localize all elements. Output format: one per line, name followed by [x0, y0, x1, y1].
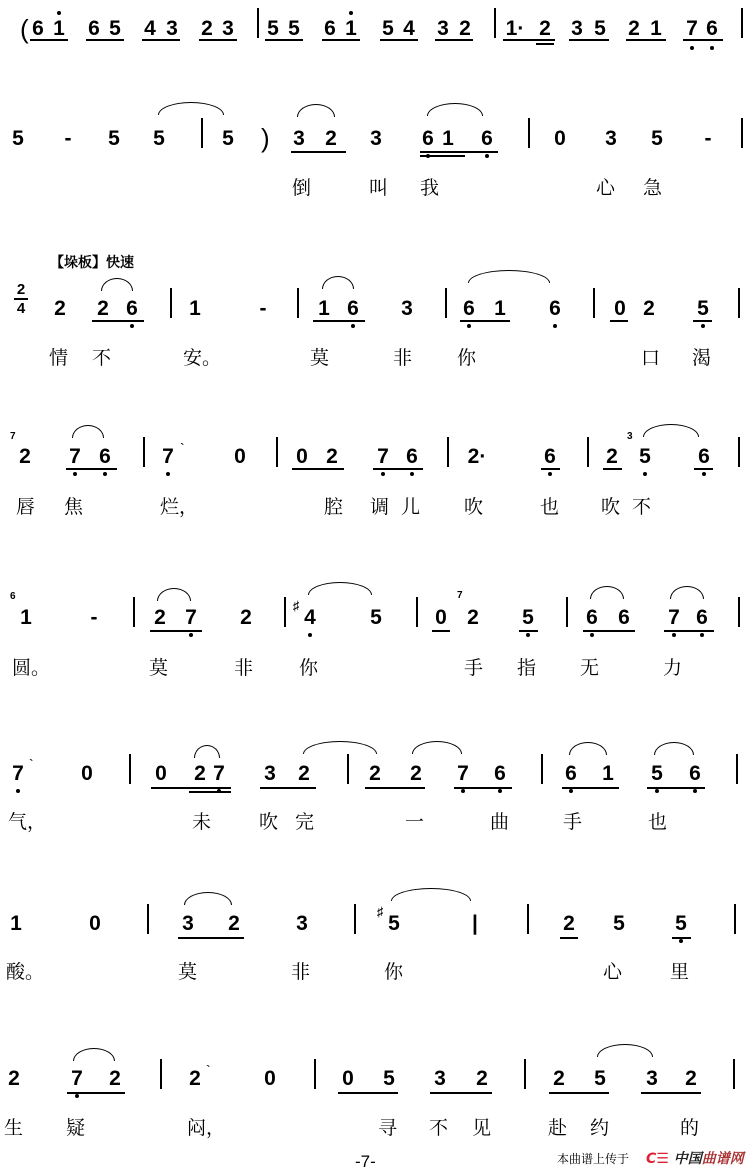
note: 2 [641, 298, 657, 320]
lyric: 腔 [324, 497, 343, 517]
barline [143, 437, 145, 467]
underline [150, 630, 202, 632]
note: 6 [704, 18, 720, 40]
note: 5 [673, 913, 689, 935]
barline [257, 8, 259, 38]
lyric: 莫 [178, 962, 197, 982]
logo-mark-icon: C☰ [646, 1151, 669, 1167]
lyric: 见 [472, 1118, 491, 1138]
note: 3 [294, 913, 310, 935]
underline [430, 1092, 492, 1094]
barline [170, 288, 172, 318]
underline [142, 39, 180, 41]
underline [549, 1092, 609, 1094]
note: 2 [187, 1068, 203, 1090]
lyric: 手 [464, 658, 483, 678]
sharp-sign: ♯ [293, 598, 300, 613]
lyric: 心 [603, 962, 622, 982]
note: 3 [644, 1068, 660, 1090]
note: 2 [474, 1068, 490, 1090]
lyric: 心 [596, 178, 615, 198]
time-sig-bottom: 4 [14, 301, 28, 316]
barline [541, 754, 543, 784]
underline [664, 630, 714, 632]
note: 2 [551, 1068, 567, 1090]
lyric: 吹 [601, 497, 620, 517]
barline [738, 288, 740, 318]
note: 2 [238, 607, 254, 629]
note: 4 [302, 607, 318, 629]
barline [738, 437, 740, 467]
lyric: 曲 [490, 812, 509, 832]
note: 6 [694, 607, 710, 629]
note: 7 [69, 1068, 85, 1090]
barline [201, 118, 203, 148]
note: 6 [584, 607, 600, 629]
note: 3 [164, 18, 180, 40]
lyric: 情 [49, 348, 68, 368]
underline [693, 320, 712, 322]
underline [86, 39, 124, 41]
lyric: 莫 [310, 348, 329, 368]
lyric: 非 [234, 658, 253, 678]
barline [566, 597, 568, 627]
note: 2 [537, 18, 553, 40]
note: 2 [296, 763, 312, 785]
barline [494, 8, 496, 38]
lyric: 儿 [401, 497, 420, 517]
note: 2 [107, 1068, 123, 1090]
note: 1 [492, 298, 508, 320]
underline [313, 320, 365, 322]
underline [260, 787, 316, 789]
underline [365, 787, 425, 789]
barline [416, 597, 418, 627]
lyric: 烂， [160, 497, 198, 517]
lyric: 指 [517, 658, 536, 678]
lyric: 酸。 [6, 962, 44, 982]
note: 3 [603, 128, 619, 150]
underline [562, 787, 619, 789]
breath-mark: ` [180, 440, 185, 456]
note: 2 [626, 18, 642, 40]
barline [445, 288, 447, 318]
underline [460, 320, 510, 322]
note: 5 [368, 607, 384, 629]
note: 5 [637, 446, 653, 468]
note: 5 [520, 607, 536, 629]
underline [583, 630, 635, 632]
dash: - [86, 607, 102, 629]
lyric: 非 [291, 962, 310, 982]
note: 2 [226, 913, 242, 935]
note: 5 [386, 913, 402, 935]
lyric: 莫 [149, 658, 168, 678]
note: 2 [199, 18, 215, 40]
note: 0 [79, 763, 95, 785]
underline [560, 937, 578, 939]
barline [276, 437, 278, 467]
underline [569, 39, 609, 41]
grace-note: 7 [10, 432, 16, 442]
note: 7 [666, 607, 682, 629]
barline [741, 8, 743, 38]
note: 2 [367, 763, 383, 785]
slur [297, 104, 335, 117]
note: 5 [286, 18, 302, 40]
underline [265, 39, 303, 41]
note: 1 [648, 18, 664, 40]
note: 3 [435, 18, 451, 40]
note: 6 [616, 607, 632, 629]
underline [373, 468, 423, 470]
note: 7 [211, 763, 227, 785]
note: 7 [10, 763, 26, 785]
barline [129, 754, 131, 784]
barline [297, 288, 299, 318]
underline [694, 468, 713, 470]
lyric: 气， [8, 812, 46, 832]
note: 2· [465, 446, 489, 468]
barline [160, 1059, 162, 1089]
logo-name-a: 中国 [674, 1151, 702, 1167]
slur [670, 586, 704, 599]
note: 6 [30, 18, 46, 40]
grace-note: 3 [627, 432, 633, 442]
lyric: 唇 [16, 497, 35, 517]
sharp-sign: ♯ [377, 904, 384, 919]
underline [291, 151, 346, 153]
lyric: 赴 [548, 1118, 567, 1138]
underline [683, 39, 723, 41]
lyric: 非 [393, 348, 412, 368]
note: 2 [324, 446, 340, 468]
note: 5 [107, 18, 123, 40]
lyric: 安。 [183, 348, 221, 368]
slur [303, 741, 377, 754]
underline [432, 630, 450, 632]
site-logo[interactable]: C☰ 中国曲谱网 [646, 1148, 744, 1168]
note: 5 [381, 1068, 397, 1090]
slur [72, 425, 104, 438]
underline [322, 39, 360, 41]
breath-mark: ` [29, 756, 34, 772]
barline [528, 118, 530, 148]
slur [73, 1048, 115, 1061]
barline [524, 1059, 526, 1089]
note: 5 [10, 128, 26, 150]
barline [734, 904, 736, 934]
lyric: 手 [563, 812, 582, 832]
lyric: 调 [370, 497, 389, 517]
barline [284, 597, 286, 627]
lyric: 你 [457, 348, 476, 368]
slur [569, 742, 607, 755]
note: 4 [142, 18, 158, 40]
note: 2 [465, 607, 481, 629]
lyric: 力 [663, 658, 682, 678]
underline [178, 937, 244, 939]
lyric: 完 [295, 812, 314, 832]
note: 6 [696, 446, 712, 468]
slur [184, 892, 232, 905]
underline [292, 468, 344, 470]
lyric: 你 [384, 962, 403, 982]
barline [147, 904, 149, 934]
note: 0 [232, 446, 248, 468]
note: 2 [561, 913, 577, 935]
note: 3 [220, 18, 236, 40]
lyric: 你 [299, 658, 318, 678]
lyric: 也 [648, 812, 667, 832]
underline [338, 1092, 398, 1094]
note: 1 [600, 763, 616, 785]
note: 5 [220, 128, 236, 150]
lyric: 疑 [66, 1118, 85, 1138]
note: 5 [380, 18, 396, 40]
time-signature: 2 4 [14, 282, 28, 316]
note: 1 [8, 913, 24, 935]
note: 6 [124, 298, 140, 320]
note: 7 [684, 18, 700, 40]
close-paren: ) [261, 123, 270, 154]
note: 3 [291, 128, 307, 150]
note: 2 [192, 763, 208, 785]
note: 3 [180, 913, 196, 935]
lyric: 倒 [292, 178, 311, 198]
underline [503, 39, 555, 41]
note: 2 [95, 298, 111, 320]
lyric: 的 [680, 1118, 699, 1138]
slur [157, 588, 191, 601]
note: 6 [492, 763, 508, 785]
note: 3 [569, 18, 585, 40]
note: 7 [183, 607, 199, 629]
note: 6 [404, 446, 420, 468]
note: 2 [457, 18, 473, 40]
logo-name-b: 曲谱网 [702, 1151, 744, 1167]
underline [603, 468, 622, 470]
note: 2 [52, 298, 68, 320]
underline-double [189, 791, 231, 793]
underline [30, 39, 68, 41]
underline [92, 320, 144, 322]
lyric: 焦 [64, 497, 83, 517]
note: 5 [265, 18, 281, 40]
dash: - [60, 128, 76, 150]
note: 0 [153, 763, 169, 785]
lyric: 叫 [369, 178, 388, 198]
note: 6 [420, 128, 436, 150]
note: 2 [323, 128, 339, 150]
note: 3 [368, 128, 384, 150]
lyric: 不 [92, 348, 111, 368]
note: 1 [51, 18, 67, 40]
underline [672, 937, 691, 939]
slur [322, 276, 354, 289]
upload-credit: 本曲谱上传于 [557, 1150, 629, 1167]
note: 2 [408, 763, 424, 785]
lyric: 闷， [187, 1118, 225, 1138]
dash: - [700, 128, 716, 150]
slur [597, 1044, 653, 1057]
lyric: 吹 [259, 812, 278, 832]
note: 7 [67, 446, 83, 468]
lyric: 也 [540, 497, 559, 517]
note: 6 [563, 763, 579, 785]
note: 1 [18, 607, 34, 629]
note: 6 [97, 446, 113, 468]
underline [610, 320, 628, 322]
slur [654, 742, 694, 755]
note: 6 [542, 446, 558, 468]
barline [314, 1059, 316, 1089]
slur [643, 424, 699, 437]
note: 5 [106, 128, 122, 150]
underline [454, 787, 512, 789]
note: 5 [649, 128, 665, 150]
barline [736, 754, 738, 784]
slur [158, 102, 224, 115]
underline [66, 468, 117, 470]
barline [133, 597, 135, 627]
lyric: 渴 [692, 348, 711, 368]
note: 2 [6, 1068, 22, 1090]
note: 5 [151, 128, 167, 150]
note: 5 [592, 1068, 608, 1090]
note: 6 [86, 18, 102, 40]
note: 6 [322, 18, 338, 40]
lyric: 不 [429, 1118, 448, 1138]
barline [347, 754, 349, 784]
note: 0 [552, 128, 568, 150]
note: 1· [503, 18, 527, 40]
note: 2 [152, 607, 168, 629]
note: 0 [433, 607, 449, 629]
note: 7 [455, 763, 471, 785]
note: 2 [17, 446, 33, 468]
slur [427, 103, 483, 116]
note: | [467, 913, 483, 935]
slur [194, 745, 220, 758]
note: 0 [340, 1068, 356, 1090]
note: 0 [87, 913, 103, 935]
section-marker: 【垛板】快速 [50, 252, 134, 272]
barline [354, 904, 356, 934]
breath-mark: ` [206, 1062, 211, 1078]
barline [593, 288, 595, 318]
note: 4 [401, 18, 417, 40]
barline [527, 904, 529, 934]
underline [647, 787, 705, 789]
underline [67, 1092, 125, 1094]
note: 5 [592, 18, 608, 40]
slur [101, 278, 133, 291]
lyric: 寻 [378, 1118, 397, 1138]
underline [151, 787, 231, 789]
underline [519, 630, 538, 632]
note: 1 [440, 128, 456, 150]
slur [468, 270, 550, 283]
note: 5 [649, 763, 665, 785]
note: 7 [160, 446, 176, 468]
slur [412, 741, 462, 754]
barline [738, 597, 740, 627]
note: 0 [262, 1068, 278, 1090]
note: 6 [547, 298, 563, 320]
barline [733, 1059, 735, 1089]
lyric: 我 [420, 178, 439, 198]
note: 5 [695, 298, 711, 320]
lyric: 无 [580, 658, 599, 678]
lyric: 圆。 [12, 658, 50, 678]
slur [391, 888, 471, 901]
underline [199, 39, 237, 41]
time-sig-top: 2 [14, 282, 28, 297]
underline [626, 39, 666, 41]
note: 0 [294, 446, 310, 468]
lyric: 一 [405, 812, 424, 832]
note: 7 [375, 446, 391, 468]
note: 2 [604, 446, 620, 468]
dash: - [255, 298, 271, 320]
note: 6 [687, 763, 703, 785]
lyric: 急 [643, 178, 662, 198]
note: 1 [343, 18, 359, 40]
underline-double [420, 155, 465, 157]
note: 6 [479, 128, 495, 150]
grace-note: 7 [457, 591, 463, 601]
slur [590, 586, 624, 599]
underline [380, 39, 418, 41]
note: 3 [432, 1068, 448, 1090]
underline-double [536, 43, 554, 45]
lyric: 吹 [464, 497, 483, 517]
open-paren: ( [20, 14, 29, 45]
note: 3 [399, 298, 415, 320]
note: 1 [187, 298, 203, 320]
note: 0 [612, 298, 628, 320]
lyric: 里 [670, 962, 689, 982]
note: 6 [461, 298, 477, 320]
lyric: 生 [4, 1118, 23, 1138]
lyric: 约 [590, 1118, 609, 1138]
slur [308, 582, 372, 595]
note: 6 [345, 298, 361, 320]
note: 5 [611, 913, 627, 935]
underline [641, 1092, 701, 1094]
barline [447, 437, 449, 467]
lyric: 未 [192, 812, 211, 832]
barline [587, 437, 589, 467]
barline [741, 118, 743, 148]
note: 3 [262, 763, 278, 785]
note: 2 [683, 1068, 699, 1090]
underline [435, 39, 473, 41]
note: 1 [316, 298, 332, 320]
lyric: 口 [641, 348, 660, 368]
grace-note: 6 [10, 592, 16, 602]
lyric: 不 [632, 497, 651, 517]
underline [420, 151, 498, 153]
page-number: -7- [355, 1152, 376, 1172]
underline [541, 468, 560, 470]
